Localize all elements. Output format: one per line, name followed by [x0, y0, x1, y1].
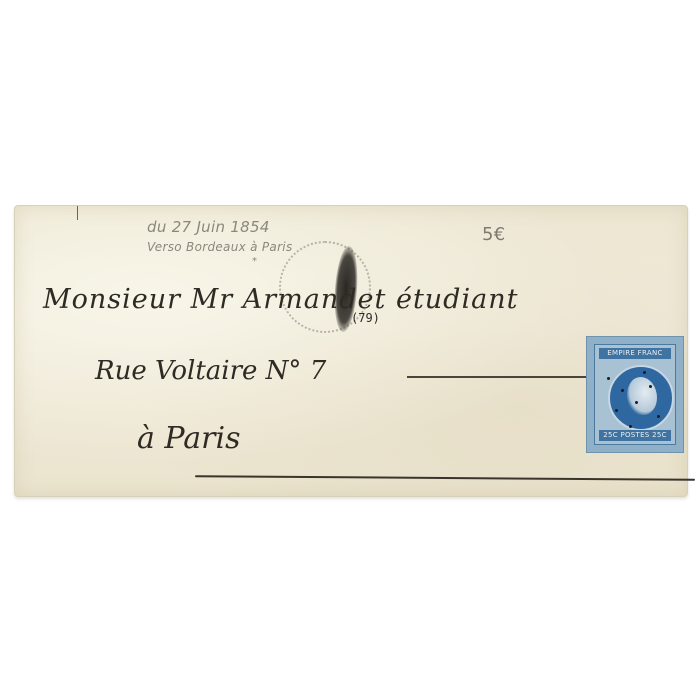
address-line-city: à Paris	[137, 421, 240, 456]
city-underline	[195, 475, 695, 480]
cancel-dot	[649, 385, 652, 388]
cancel-dot	[635, 401, 638, 404]
pencil-note-date: du 27 Juin 1854	[147, 218, 270, 236]
cancel-dot	[657, 415, 660, 418]
paper-crease	[77, 206, 78, 220]
postage-stamp: EMPIRE FRANC 25C POSTES 25C	[586, 336, 684, 453]
cancel-dot	[643, 371, 646, 374]
cancel-dot	[607, 377, 610, 380]
address-line-recipient: Monsieur Mr Armandet étudiant	[43, 284, 518, 315]
stamp-bottom-label: 25C POSTES 25C	[599, 430, 671, 441]
pencil-price: 5€	[482, 224, 506, 245]
address-line-street: Rue Voltaire N° 7	[95, 356, 326, 386]
portrait-head-icon	[627, 377, 657, 415]
pencil-note-star: *	[252, 256, 257, 267]
stamp-portrait-medallion	[608, 365, 674, 431]
pencil-note-route: Verso Bordeaux à Paris	[147, 240, 293, 254]
cancel-dot	[629, 425, 632, 428]
address-flourish	[407, 376, 587, 378]
cancel-dot	[615, 409, 618, 412]
envelope: du 27 Juin 1854 Verso Bordeaux à Paris *…	[14, 205, 688, 497]
stamp-frame: EMPIRE FRANC 25C POSTES 25C	[594, 344, 676, 445]
cancel-dot	[621, 389, 624, 392]
stamp-top-label: EMPIRE FRANC	[599, 348, 671, 359]
